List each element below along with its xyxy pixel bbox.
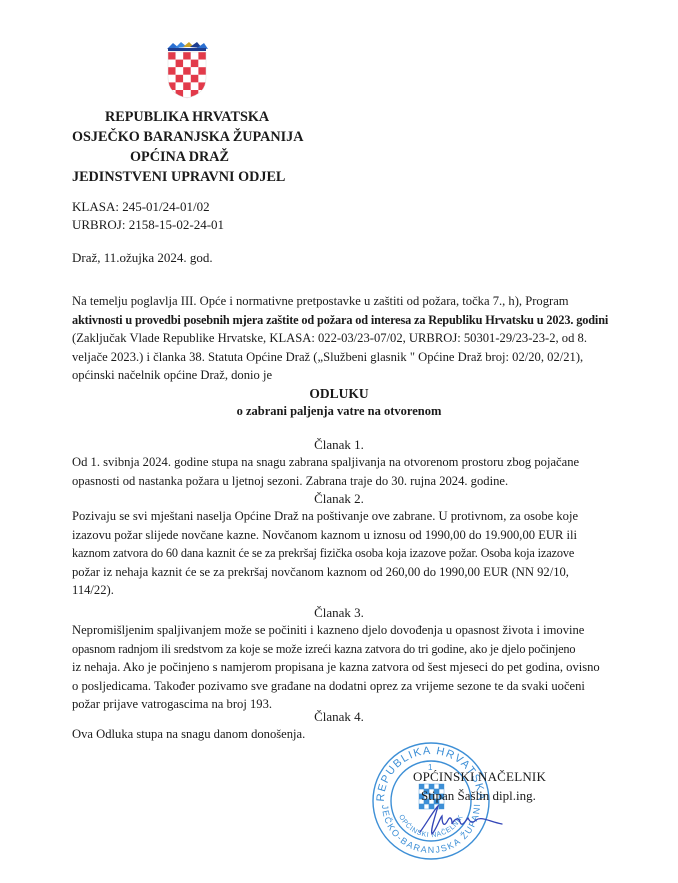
decision-subtitle: o zabrani paljenja vatre na otvorenom [0, 404, 678, 419]
article-line: izazovu požar slijede novčane kazne. Nov… [72, 526, 602, 545]
article-line: Od 1. svibnja 2024. godine stupa na snag… [72, 453, 602, 472]
header-department: JEDINSTVENI UPRAVNI ODJEL [72, 167, 285, 187]
article-2-heading: Članak 2. [0, 490, 678, 509]
article-4-body: Ova Odluka stupa na snagu danom donošenj… [72, 725, 602, 744]
intro-line: Na temelju poglavlja III. Opće i normati… [72, 292, 602, 311]
croatian-coat-of-arms-icon [164, 40, 210, 100]
header-municipality: OPĆINA DRAŽ [130, 147, 229, 167]
article-4-heading: Članak 4. [0, 708, 678, 727]
intro-paragraph: Na temelju poglavlja III. Opće i normati… [72, 292, 602, 385]
article-line: o posljedicama. Također pozivamo sve gra… [72, 677, 602, 696]
article-3-body: Nepromišljenim spaljivanjem može se poči… [72, 621, 602, 714]
klasa-number: KLASA: 245-01/24-01/02 [72, 198, 210, 217]
article-line: 114/22). [72, 581, 602, 600]
article-2-body: Pozivaju se svi mještani naselja Općine … [72, 507, 602, 600]
article-1-body: Od 1. svibnja 2024. godine stupa na snag… [72, 453, 602, 490]
article-line: iz nehaja. Ako je počinjeno s namjerom p… [72, 658, 602, 677]
header-republic: REPUBLIKA HRVATSKA [105, 107, 269, 127]
article-line: Ova Odluka stupa na snagu danom donošenj… [72, 725, 602, 744]
urbroj-number: URBROJ: 2158-15-02-24-01 [72, 216, 224, 235]
article-line: požar iz nehaja kaznit će se za prekršaj… [72, 563, 602, 582]
article-line: kaznom zatvora do 60 dana kaznit će se z… [72, 544, 602, 563]
article-line: Nepromišljenim spaljivanjem može se poči… [72, 621, 602, 640]
article-3-heading: Članak 3. [0, 604, 678, 623]
decision-title: ODLUKU [0, 386, 678, 402]
intro-line: (Zaključak Vlade Republike Hrvatske, KLA… [72, 329, 602, 348]
mayor-title: OPĆINSKI NAČELNIK [413, 768, 546, 787]
article-line: opasnom radnjom ili sredstvom za koje se… [72, 640, 602, 659]
intro-line: aktivnosti u provedbi posebnih mjera zaš… [72, 311, 602, 330]
article-line: Pozivaju se svi mještani naselja Općine … [72, 507, 602, 526]
article-1-heading: Članak 1. [0, 436, 678, 455]
place-date: Draž, 11.ožujka 2024. god. [72, 249, 213, 268]
intro-line: općinski načelnik općine Draž, donio je [72, 366, 602, 385]
article-line: opasnosti od nastanka požara u ljetnoj s… [72, 472, 602, 491]
intro-line: veljače 2023.) i članka 38. Statuta Opći… [72, 348, 602, 367]
handwritten-signature [416, 800, 506, 840]
header-county: OSJEČKO BARANJSKA ŽUPANIJA [72, 127, 304, 147]
